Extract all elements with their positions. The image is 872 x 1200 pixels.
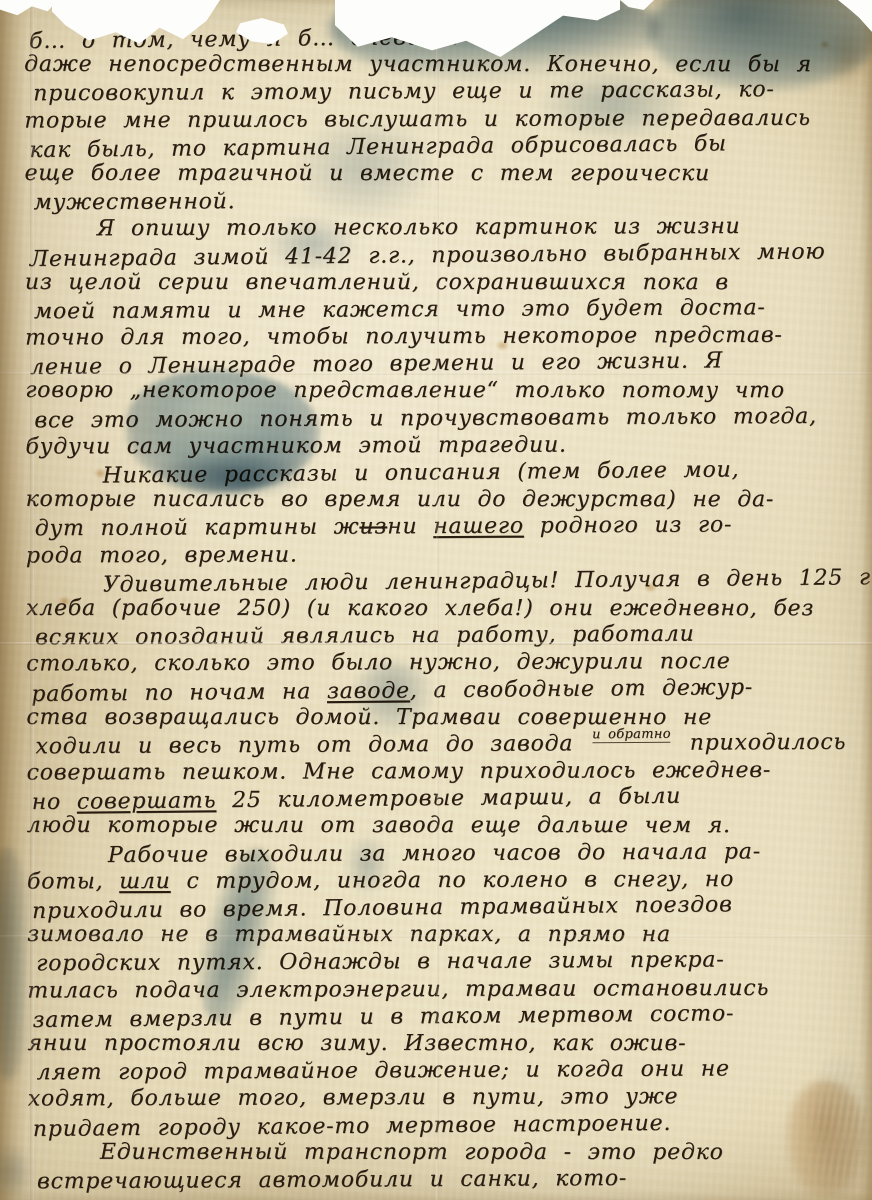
- handwritten-line: из целой серии впечатлений, сохранившихс…: [25, 269, 865, 296]
- handwritten-line: Никакие рассказы и описания (тем более м…: [102, 455, 865, 490]
- handwritten-line: городских путях. Однажды в начале зимы п…: [36, 946, 867, 978]
- handwritten-line: Удивительные люди ленинградцы! Получая в…: [103, 564, 866, 599]
- handwritten-line: всяких опозданий являлись на работу, раб…: [35, 620, 866, 652]
- handwritten-line: Рабочие выходили за много часов до начал…: [108, 837, 867, 868]
- letter-page: б… о том, чему я б… очевид… мнедаже непо…: [0, 0, 872, 1200]
- handwritten-line: дут полной картины жизни нашего родного …: [35, 511, 866, 543]
- handwritten-line: Ленинграда зимой 41-42 г.г., произвольно…: [30, 237, 865, 272]
- handwritten-line: все это можно понять и прочувствовать то…: [34, 402, 865, 434]
- handwritten-line: еще более трагичной и вместе с тем герои…: [24, 160, 864, 187]
- handwritten-line: работы по ночам на заводе, а свободные о…: [31, 672, 866, 707]
- handwritten-line: ляет город трамвайное движение; и когда …: [37, 1055, 868, 1087]
- handwritten-line: янии простояли всю зиму. Известно, как о…: [28, 1030, 868, 1057]
- torn-edge: [620, 0, 654, 10]
- handwritten-line: люди которые жили от завода еще дальше ч…: [27, 812, 867, 839]
- handwritten-line: придает городу какое-то мертвое настроен…: [33, 1107, 868, 1142]
- handwritten-line: Единственный транспорт города - это редк…: [100, 1138, 868, 1165]
- handwritten-line: затем вмерзли в пути и в таком мертвом с…: [32, 999, 867, 1034]
- paper-edge-shading: [0, 0, 26, 1200]
- handwritten-line: даже непосредственным участником. Конечн…: [24, 51, 864, 78]
- handwriting: б… о том, чему я б… очевид… мнедаже непо…: [24, 23, 868, 1195]
- handwritten-line: приходили во время. Половина трамвайных …: [32, 890, 867, 925]
- handwritten-line: ходили и весь путь от дома до завода и о…: [35, 729, 866, 761]
- handwritten-line: ства возвращались домой. Трамваи соверше…: [26, 704, 866, 731]
- handwritten-line: хлеба (рабочие 250) (и какого хлеба!) он…: [26, 595, 866, 622]
- handwritten-line: мужественной.: [34, 185, 865, 217]
- torn-edge: [0, 0, 58, 16]
- handwritten-line: как быль, то картина Ленинграда обрисова…: [29, 129, 864, 164]
- handwritten-line: которые писались во время или до дежурст…: [26, 486, 866, 513]
- handwritten-line: моей памяти и мне кажется что это будет …: [34, 294, 865, 326]
- inserted-word: и обратно: [592, 727, 671, 743]
- handwritten-line: присовокупил к этому письму еще и те рас…: [33, 76, 864, 108]
- handwritten-line: говорю „некоторое представление“ только …: [25, 377, 865, 404]
- handwritten-line: зимовало не в трамвайных парках, а прямо…: [27, 921, 867, 948]
- handwritten-line: встречающиеся автомобили и санки, кото-: [37, 1164, 868, 1196]
